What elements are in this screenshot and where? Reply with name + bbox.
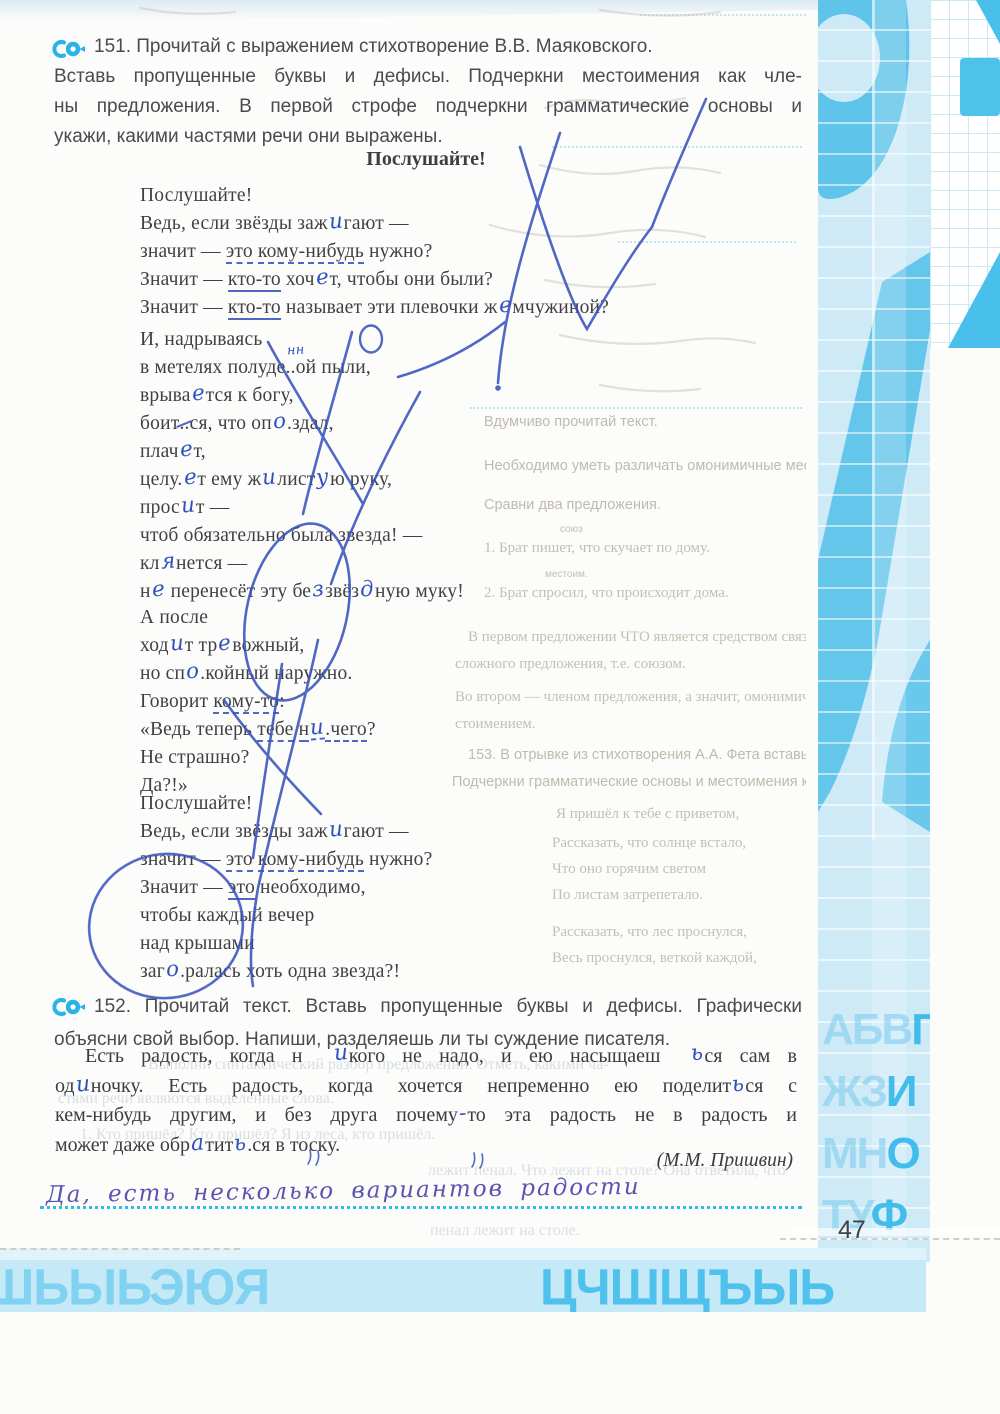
bleed-through-text: Вдумчиво прочитай текст. bbox=[484, 414, 658, 430]
printed-text: кого не надо, и ею насыщаеш bbox=[349, 1045, 661, 1067]
printed-text: прос bbox=[140, 497, 180, 518]
exercise-151-line: ны предложения. В первой строфе подчеркн… bbox=[54, 92, 802, 122]
poem-line: ходит тревожный, bbox=[140, 632, 376, 660]
handwritten-letter: о bbox=[185, 660, 200, 683]
poem-line: боит..ся, что опо.здал, bbox=[140, 410, 464, 438]
printed-text: это bbox=[226, 849, 253, 872]
exercise-151-line: Вставь пропущенные буквы и дефисы. Подче… bbox=[54, 62, 802, 92]
printed-text: ход bbox=[140, 635, 169, 656]
poem-line: клянется — bbox=[140, 550, 464, 578]
bleed-dotted-line bbox=[640, 14, 806, 16]
printed-text: Ведь, если звёзды заж bbox=[140, 213, 328, 234]
right-decorative-band: АБВГЖЗИМНОТУФ bbox=[818, 0, 930, 1262]
printed-text: .койный наружно. bbox=[200, 663, 352, 684]
printed-text: вожный, bbox=[232, 635, 304, 656]
printed-text: Значит — bbox=[140, 877, 228, 898]
handwritten-letter: и bbox=[180, 494, 196, 517]
alphabet-letters-faint: ЖЗ bbox=[822, 1067, 886, 1116]
bleed-through-text: Рассказать, что солнце встало, bbox=[552, 835, 746, 852]
poem-line: Значит — это необходимо, bbox=[140, 874, 432, 902]
bleed-through-text: Я пришёл к тебе с приветом, bbox=[556, 806, 739, 823]
printed-text: .ралась хоть одна звезда?! bbox=[180, 961, 400, 982]
printed-text: Вставь пропущенные буквы и дефисы. Подче… bbox=[54, 66, 802, 87]
bottom-letter-band: ШЬЫЬЭЮЯ ЦЧШЩЪЫЬ bbox=[0, 1260, 926, 1312]
bleed-through-text: В первом предложении ЧТО является средст… bbox=[468, 629, 806, 646]
printed-text: ночку. Есть радость, когда хочется непре… bbox=[91, 1075, 732, 1097]
page-number: 47 bbox=[838, 1216, 866, 1245]
handwritten-letter: и bbox=[75, 1073, 91, 1096]
author-attribution: (М.М. Пришвин) bbox=[55, 1150, 793, 1172]
printed-text: это bbox=[228, 877, 255, 900]
printed-text: то эта радость не в радость и bbox=[467, 1104, 797, 1126]
printed-text: И, надрываясь bbox=[140, 329, 262, 350]
bleed-through-text: Рассказать, что лес проснулся, bbox=[552, 924, 747, 941]
printed-text: значит — bbox=[140, 241, 226, 262]
poem-stanza: А послеходит тревожный,но спо.койный нар… bbox=[140, 604, 376, 800]
bleed-through-text: 1. Брат пишет, что скучает по дому. bbox=[484, 540, 710, 557]
bleed-through-text: Что оно горячим светом bbox=[552, 861, 706, 878]
printed-text: т — bbox=[196, 497, 230, 518]
printed-text: нужно? bbox=[364, 849, 433, 870]
printed-text: ся с bbox=[745, 1075, 797, 1097]
exercise-152-text: Есть радость, когда никого не надо, и ею… bbox=[55, 1042, 797, 1160]
handwritten-letter: ь bbox=[661, 1042, 705, 1068]
printed-text: т, bbox=[194, 441, 206, 462]
scan-scratch bbox=[792, 1228, 1000, 1236]
alphabet-letters-bright: О bbox=[886, 1129, 918, 1178]
scanned-workbook-page: АБВГЖЗИМНОТУФ ШЬЫЬЭЮЯ ЦЧШЩЪЫЬ Вдумчиво п… bbox=[0, 0, 1000, 1414]
printed-text: .здал, bbox=[287, 413, 334, 434]
printed-text: Послушайте! bbox=[140, 793, 252, 814]
bleed-dotted-line bbox=[470, 407, 802, 409]
printed-text: хоч bbox=[281, 269, 315, 290]
poem-title: Послушайте! bbox=[55, 148, 797, 171]
scanner-edge-grid bbox=[930, 0, 1000, 348]
printed-text: кем-нибудь другим, и без друга почему bbox=[55, 1104, 458, 1126]
handwritten-letter: о bbox=[165, 958, 180, 981]
printed-text: кто-то bbox=[228, 297, 281, 320]
poem-stanza: Послушайте!Ведь, если звёзды зажигают —з… bbox=[140, 790, 432, 986]
handwritten-letter: и bbox=[261, 466, 277, 489]
poem-line: целу.ет ему жилистую руку, bbox=[140, 466, 464, 494]
handwritten-letter: е bbox=[183, 466, 198, 488]
printed-text: боит bbox=[140, 413, 179, 434]
printed-text: кл bbox=[140, 553, 160, 574]
printed-text: од bbox=[55, 1075, 75, 1097]
fold-line-left bbox=[0, 1248, 240, 1250]
bleed-through-text: Подчеркни грамматические основы и местои… bbox=[452, 774, 806, 790]
poem-line: Ведь, если звёзды зажигают — bbox=[140, 210, 609, 238]
handwritten-letter: и bbox=[303, 1042, 349, 1068]
handwritten-answer: Да, есть несколько вариантов радости bbox=[46, 1174, 641, 1208]
printed-text: ю руку, bbox=[330, 469, 392, 490]
blue-patch bbox=[960, 58, 1000, 116]
printed-text: н bbox=[299, 719, 310, 742]
printed-text: нужно? bbox=[364, 241, 433, 262]
printed-text: .. bbox=[179, 410, 189, 438]
printed-text: ..нн bbox=[286, 357, 296, 378]
printed-text: кому-нибудь bbox=[258, 241, 364, 264]
printed-text: в метелях полуде bbox=[140, 357, 286, 378]
bleed-through-text: 2. Брат спросил, что происходит дома. bbox=[484, 585, 729, 602]
bleed-through-text: Сравни два предложения. bbox=[484, 497, 661, 513]
printed-text: это bbox=[226, 241, 253, 264]
printed-text: лист bbox=[277, 469, 315, 490]
poem-line: значит — это кому-нибудь нужно? bbox=[140, 238, 609, 266]
printed-text: мчужиной? bbox=[512, 297, 609, 318]
handwritten-letter: е bbox=[151, 578, 166, 600]
poem-line: чтобы каждый вечер bbox=[140, 902, 432, 930]
bleed-through-text: местоим. bbox=[545, 569, 588, 580]
poem-line: Не страшно? bbox=[140, 744, 376, 772]
handwritten-superscript: нн bbox=[286, 343, 304, 357]
handwritten-letter: и bbox=[309, 716, 325, 741]
printed-text: звёз bbox=[325, 581, 359, 602]
bleed-through-text: сложного предложения, т.е. союзом. bbox=[455, 656, 686, 673]
printed-text bbox=[294, 719, 299, 740]
bleed-through-text: 153. В отрывке из стихотворения А.А. Фет… bbox=[468, 747, 806, 763]
bleed-through-text: союз bbox=[560, 524, 583, 535]
handwritten-letter: е bbox=[191, 382, 206, 404]
alphabet-row: ЖЗИ bbox=[822, 1067, 916, 1117]
poem-line: врывается к богу, bbox=[140, 382, 464, 410]
printed-text: Есть радость, когда н bbox=[85, 1045, 303, 1067]
alphabet-row: МНО bbox=[822, 1129, 919, 1179]
exercise-151-instructions: 151. Прочитай с выражением стихотворение… bbox=[54, 32, 802, 152]
printed-text: ? bbox=[367, 719, 376, 740]
handwritten-letter: и bbox=[169, 632, 185, 655]
poem-line: Послушайте! bbox=[140, 182, 609, 210]
alphabet-tab-letters: АБВГЖЗИМНОТУФ bbox=[818, 0, 930, 1262]
handwritten-letter: е bbox=[498, 294, 513, 316]
bleed-through-text: Во втором — членом предложения, а значит… bbox=[455, 689, 806, 706]
printed-text: 151. Прочитай с выражением стихотворение… bbox=[94, 36, 653, 57]
handwritten-letter: - bbox=[458, 1103, 467, 1126]
printed-text: перенесёт эту бе bbox=[166, 581, 312, 602]
handwritten-letter: е bbox=[179, 438, 194, 460]
bleed-through-text: Весь проснулся, веткой каждой, bbox=[552, 950, 757, 967]
exercise-152-line: 152. Прочитай текст. Вставь пропущенные … bbox=[54, 990, 802, 1023]
poem-line: Значит — кто-то называет эти плевочки же… bbox=[140, 294, 609, 322]
handwritten-letter: я bbox=[160, 550, 176, 573]
poem-line: чтоб обязательно была звезда! — bbox=[140, 522, 464, 550]
alphabet-letters-faint: МН bbox=[822, 1129, 886, 1178]
printed-text: ся сам в bbox=[704, 1045, 797, 1067]
printed-text: т ему ж bbox=[197, 469, 261, 490]
alphabet-letters-bright: Г bbox=[911, 1005, 930, 1054]
poem-line: но спо.койный наружно. bbox=[140, 660, 376, 688]
printed-text: нется — bbox=[176, 553, 247, 574]
handwritten-letter: з bbox=[311, 579, 325, 601]
scan-top-edge bbox=[0, 0, 935, 26]
printed-text: ой пыли, bbox=[296, 357, 371, 378]
exercise-152-body-line: одиночку. Есть радость, когда хочется не… bbox=[55, 1072, 797, 1102]
printed-text: Ведь, если звёзды заж bbox=[140, 821, 328, 842]
printed-text: целу. bbox=[140, 469, 183, 490]
printed-text: кто-то bbox=[228, 269, 281, 292]
printed-text: Значит — bbox=[140, 297, 228, 318]
printed-text: т тр bbox=[185, 635, 218, 656]
poem-line: Послушайте! bbox=[140, 790, 432, 818]
fold-line-right bbox=[780, 1238, 1000, 1240]
handwritten-letter: о bbox=[272, 410, 287, 433]
printed-text: значит — bbox=[140, 849, 226, 870]
printed-text: «Ведь теперь bbox=[140, 719, 257, 740]
printed-text: над крышами bbox=[140, 933, 255, 954]
poem-line: Ведь, если звёзды зажигают — bbox=[140, 818, 432, 846]
poem-line: не перенесёт эту беззвёздную муку! bbox=[140, 578, 464, 606]
pen-dot bbox=[495, 385, 501, 391]
handwritten-letter: и bbox=[328, 210, 344, 233]
printed-text: кому-то bbox=[213, 691, 279, 714]
poem-stanza: И, надрываясьв метелях полуде..нной пыли… bbox=[140, 326, 464, 606]
poem-stanza: Послушайте!Ведь, если звёзды зажигают —з… bbox=[140, 182, 609, 322]
poem-line: заго.ралась хоть одна звезда?! bbox=[140, 958, 432, 986]
printed-text: Говорит bbox=[140, 691, 213, 712]
printed-text: Значит — bbox=[140, 269, 228, 290]
printed-text: Послушайте! bbox=[140, 185, 252, 206]
poem-line: Говорит кому-то: bbox=[140, 688, 376, 716]
bleed-dotted-line bbox=[618, 241, 796, 243]
bleed-through-text: По листам затрепетало. bbox=[552, 887, 703, 904]
printed-text: Не страшно? bbox=[140, 747, 250, 768]
bleed-through-text: стоимением. bbox=[455, 716, 536, 733]
poem-line: над крышами bbox=[140, 930, 432, 958]
printed-text: называет эти плевочки ж bbox=[281, 297, 498, 318]
printed-text: : bbox=[279, 691, 285, 712]
printed-text: ную муку! bbox=[375, 581, 464, 602]
alphabet-row: АБВГ bbox=[822, 1005, 930, 1055]
printed-text: гают — bbox=[344, 213, 409, 234]
printed-text: укажи, какими частями речи они выражены. bbox=[54, 126, 443, 147]
handwritten-letter: и bbox=[328, 818, 344, 841]
printed-text: кому-нибудь bbox=[258, 849, 364, 872]
printed-text: 152. Прочитай текст. Вставь пропущенные … bbox=[94, 996, 802, 1017]
printed-text: ны предложения. В первой строфе подчеркн… bbox=[54, 96, 802, 117]
printed-text: тся к богу, bbox=[206, 385, 294, 406]
bleed-through-text: Необходимо уметь различать омонимичные м… bbox=[484, 458, 806, 474]
poem-line: просит — bbox=[140, 494, 464, 522]
poem-line: А после bbox=[140, 604, 376, 632]
printed-text: чтоб обязательно была звезда! — bbox=[140, 525, 422, 546]
poem-line: «Ведь теперь тебе ни.чего? bbox=[140, 716, 376, 744]
poem-line: значит — это кому-нибудь нужно? bbox=[140, 846, 432, 874]
printed-text: ся, что оп bbox=[190, 413, 272, 434]
printed-text: плач bbox=[140, 441, 179, 462]
printed-text: необходимо, bbox=[255, 877, 366, 898]
printed-text: гают — bbox=[344, 821, 409, 842]
bleed-through-text: пенал лежит на столе. bbox=[430, 1222, 580, 1240]
printed-text: тебе bbox=[257, 719, 293, 742]
handwritten-letter: д bbox=[359, 578, 375, 601]
poem-line: Значит — кто-то хочет, чтобы они были? bbox=[140, 266, 609, 294]
exercise-152-body-line: Есть радость, когда никого не надо, и ею… bbox=[55, 1042, 797, 1072]
handwritten-letter: е bbox=[218, 632, 233, 654]
printed-text: т, чтобы они были? bbox=[330, 269, 493, 290]
exercise-151-line: 151. Прочитай с выражением стихотворение… bbox=[54, 32, 802, 62]
alphabet-letters-bright: И bbox=[886, 1067, 916, 1116]
handwritten-letter: у bbox=[316, 466, 330, 488]
poem-line: плачет, bbox=[140, 438, 464, 466]
printed-text: н bbox=[140, 581, 151, 602]
band-letters-left: ШЬЫЬЭЮЯ bbox=[0, 1260, 269, 1312]
exercise-152-body-line: кем-нибудь другим, и без друга почему-то… bbox=[55, 1101, 797, 1131]
printed-text: А после bbox=[140, 607, 208, 628]
handwritten-letter: ь bbox=[731, 1073, 745, 1096]
alphabet-letters-faint: АБВ bbox=[822, 1005, 911, 1054]
printed-text: чтобы каждый вечер bbox=[140, 905, 314, 926]
band-letters-right: ЦЧШЩЪЫЬ bbox=[540, 1260, 834, 1312]
printed-text: но сп bbox=[140, 663, 185, 684]
printed-text: врыва bbox=[140, 385, 191, 406]
printed-text: заг bbox=[140, 961, 165, 982]
poem-line: в метелях полуде..нной пыли, bbox=[140, 354, 464, 382]
handwritten-letter: е bbox=[315, 266, 330, 288]
printed-text: .чего bbox=[325, 719, 367, 742]
